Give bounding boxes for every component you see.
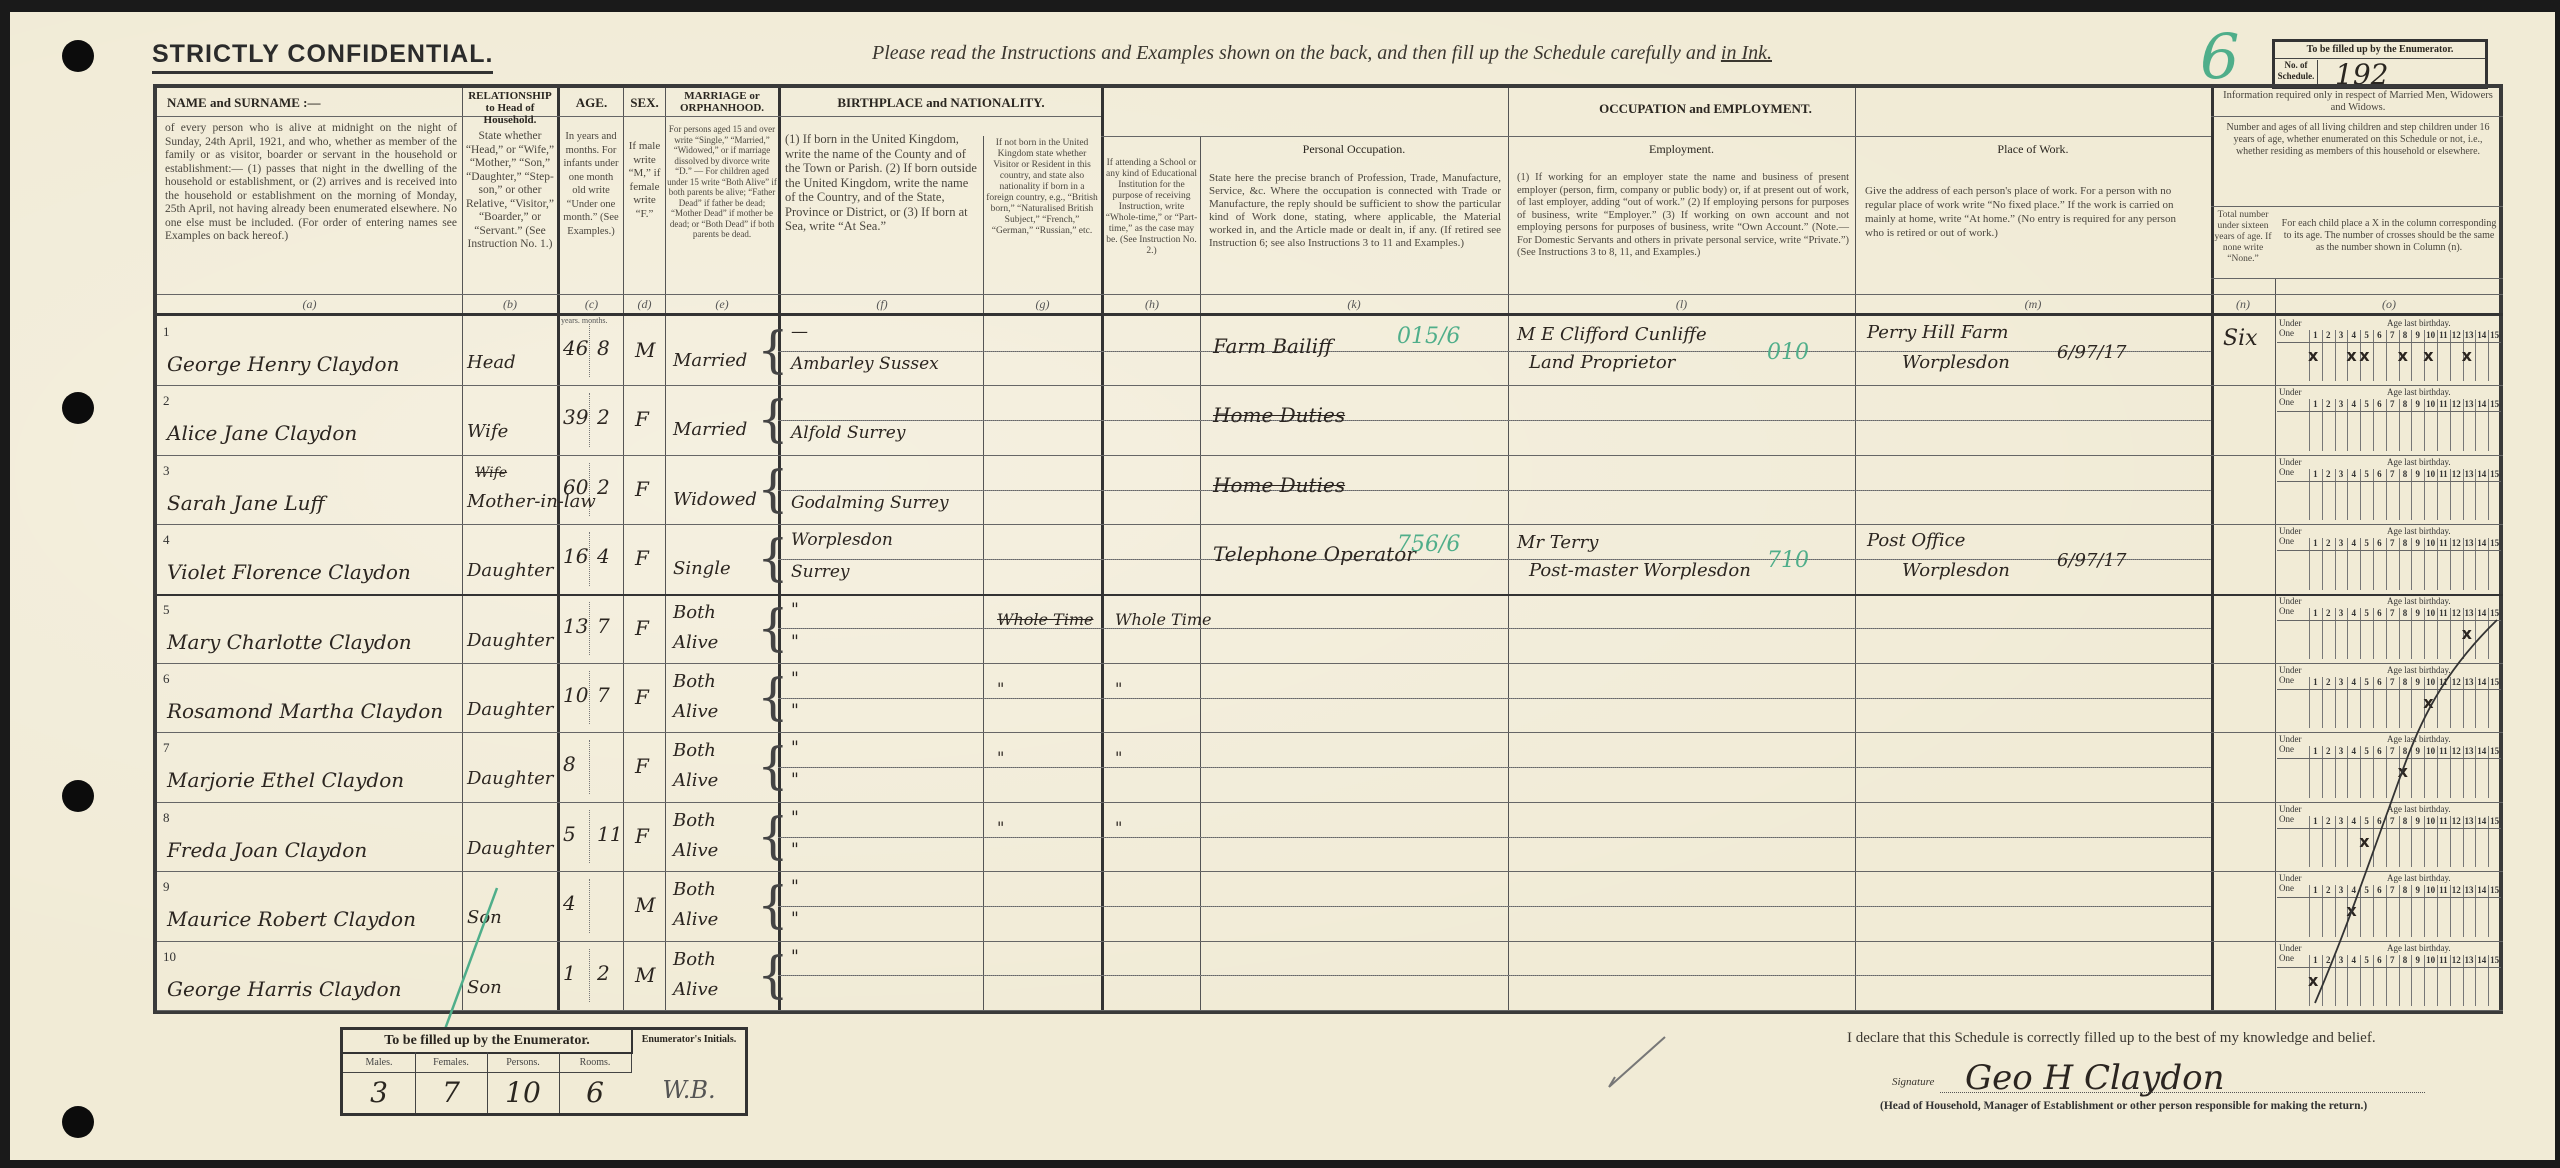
- personal-occupation: Home Duties: [1213, 473, 1345, 497]
- age-cross-mark: x: [2346, 346, 2356, 365]
- age-column-label: 7: [2386, 538, 2399, 548]
- marriage-status: Single: [673, 554, 743, 584]
- nationality: Whole Time: [997, 610, 1093, 629]
- age-column-label: 9: [2411, 330, 2424, 340]
- schedule-box-heading: To be filled up by the Enumerator.: [2275, 42, 2485, 59]
- birthplace-line-1: ": [791, 738, 799, 758]
- col-e-instructions: For persons aged 15 and over write “Sing…: [667, 124, 777, 240]
- col-o-instructions: For each child place a X in the column c…: [2279, 218, 2499, 254]
- birthplace-line-2: Godalming Surrey: [791, 493, 949, 513]
- relationship: Daughter: [467, 838, 553, 859]
- age-column-label: 3: [2335, 330, 2348, 340]
- relationship: Head: [467, 352, 516, 373]
- census-schedule-sheet: STRICTLY CONFIDENTIAL. Please read the I…: [10, 12, 2555, 1160]
- declaration-text: I declare that this Schedule is correctl…: [1847, 1030, 2376, 1047]
- age-cross-mark: x: [2398, 346, 2408, 365]
- col-b-instructions: State whether “Head,” or “Wife,” “Mother…: [465, 130, 555, 252]
- col-f-letter: (f): [781, 297, 983, 312]
- sex: F: [635, 685, 649, 709]
- occupation-code: 015/6: [1397, 324, 1460, 349]
- relationship: Daughter: [467, 699, 553, 720]
- workplace-line-1: Perry Hill Farm: [1867, 322, 2008, 343]
- nationality: ": [997, 748, 1004, 767]
- age-column-label: 10: [2424, 330, 2437, 340]
- marriage-status: Married: [673, 415, 743, 445]
- married-info-heading: Information required only in respect of …: [2215, 90, 2501, 114]
- row-number: 7: [163, 740, 170, 756]
- brace: {: [757, 530, 789, 586]
- age-cross-mark: x: [2423, 346, 2433, 365]
- age-column-label: 6: [2373, 469, 2386, 479]
- sex: F: [635, 824, 649, 848]
- age-grid: Under OneAge last birthday.1234567891011…: [2277, 526, 2501, 591]
- age-column-label: 4: [2347, 469, 2360, 479]
- age-column-label: 5: [2360, 399, 2373, 409]
- sex: F: [635, 477, 649, 501]
- age-months: 8: [597, 336, 610, 360]
- persons-count: 10: [487, 1076, 559, 1109]
- row-number: 3: [163, 463, 170, 479]
- age-years: 1: [563, 961, 576, 985]
- employer-line-1: Mr Terry: [1517, 532, 1598, 553]
- age-grid: Under OneAge last birthday.1234567891011…: [2277, 457, 2501, 522]
- age-column-label: 11: [2437, 469, 2450, 479]
- employer-code: 010: [1767, 340, 1809, 365]
- sex: F: [635, 754, 649, 778]
- age-column-label: 15: [2488, 469, 2501, 479]
- under-one-label: Under One: [2279, 318, 2309, 338]
- punch-hole: [62, 1106, 94, 1138]
- age-column-label: 11: [2437, 399, 2450, 409]
- age-column-label: 15: [2488, 399, 2501, 409]
- row-number: 2: [163, 393, 170, 409]
- relationship: Wife: [467, 421, 508, 442]
- females-label: Females.: [415, 1054, 488, 1073]
- col-k-heading: Personal Occupation.: [1200, 142, 1508, 156]
- relationship: Daughter: [467, 768, 553, 789]
- col-e-heading: MARRIAGE or ORPHANHOOD.: [666, 90, 778, 114]
- marriage-status: Both Alive: [673, 945, 743, 1005]
- age-column-label: 4: [2347, 330, 2360, 340]
- education-status: Whole Time: [1115, 610, 1211, 629]
- person-name: Maurice Robert Claydon: [167, 907, 416, 931]
- age-column-label: 4: [2347, 538, 2360, 548]
- age-last-birthday-label: Age last birthday.: [2387, 457, 2451, 467]
- birthplace-line-1: ": [791, 808, 799, 828]
- age-column-label: 9: [2411, 469, 2424, 479]
- col-m-instructions: Give the address of each person's place …: [1865, 184, 2195, 240]
- age-column-label: 12: [2450, 399, 2463, 409]
- signature: Geo H Claydon: [1965, 1058, 2225, 1098]
- person-name: Sarah Jane Luff: [167, 491, 325, 515]
- employer-line-2: Post-master Worplesdon: [1529, 560, 1751, 581]
- relationship: Daughter: [467, 630, 553, 651]
- diagonal-strike-line: [2277, 608, 2507, 1008]
- col-c-letter: (c): [560, 297, 623, 312]
- birthplace-heading: BIRTHPLACE and NATIONALITY.: [781, 96, 1101, 110]
- person-name: George Henry Claydon: [167, 352, 399, 376]
- row-number: 5: [163, 602, 170, 618]
- age-column-label: 11: [2437, 330, 2450, 340]
- birthplace-line-2: Ambarley Sussex: [791, 354, 939, 374]
- fill-instructions: Please read the Instructions and Example…: [872, 42, 1772, 65]
- age-column-label: 13: [2463, 469, 2476, 479]
- age-column-label: 14: [2475, 399, 2488, 409]
- age-years: 10: [563, 683, 588, 707]
- brace: {: [757, 391, 789, 447]
- marriage-status: Widowed: [673, 485, 743, 515]
- workplace-line-2: Worplesdon: [1902, 352, 2010, 373]
- punch-hole: [62, 40, 94, 72]
- males-count: 3: [343, 1076, 415, 1109]
- census-table: NAME and SURNAME :— of every person who …: [153, 84, 2503, 1014]
- col-g-instructions: If not born in the United Kingdom state …: [985, 138, 1099, 237]
- workplace-code: 6/97/17: [2057, 550, 2126, 571]
- personal-occupation: Home Duties: [1213, 403, 1345, 427]
- age-last-birthday-label: Age last birthday.: [2387, 526, 2451, 536]
- age-last-birthday-label: Age last birthday.: [2387, 318, 2451, 328]
- employer-code: 710: [1767, 548, 1809, 573]
- age-column-label: 1: [2309, 469, 2322, 479]
- schedule-number-box: To be filled up by the Enumerator. No. o…: [2272, 39, 2488, 89]
- age-column-label: 7: [2386, 330, 2399, 340]
- col-l-heading: Employment.: [1508, 142, 1855, 156]
- signature-label: Signature: [1892, 1076, 1934, 1088]
- age-years: 5: [563, 822, 576, 846]
- age-column-label: 3: [2335, 538, 2348, 548]
- col-k-letter: (k): [1200, 297, 1508, 312]
- col-o-letter: (o): [2275, 297, 2503, 312]
- sex: M: [635, 893, 655, 917]
- col-k-instructions: State here the precise branch of Profess…: [1209, 172, 1501, 250]
- age-column-label: 14: [2475, 330, 2488, 340]
- age-grid: Under OneAge last birthday.1234567891011…: [2277, 387, 2501, 452]
- age-years: 13: [563, 614, 588, 638]
- age-column-label: 5: [2360, 330, 2373, 340]
- instruction-emphasis: in Ink.: [1721, 42, 1772, 64]
- age-years: 8: [563, 752, 576, 776]
- age-months: 7: [597, 683, 610, 707]
- age-column-label: 9: [2411, 399, 2424, 409]
- age-subheading: years. months.: [561, 316, 607, 325]
- age-column-label: 1: [2309, 538, 2322, 548]
- rooms-count: 6: [559, 1076, 631, 1109]
- age-column-label: 1: [2309, 330, 2322, 340]
- age-column-label: 12: [2450, 330, 2463, 340]
- age-cross-mark: x: [2359, 346, 2369, 365]
- age-months: 7: [597, 614, 610, 638]
- age-column-label: 12: [2450, 538, 2463, 548]
- age-column-label: 8: [2399, 330, 2412, 340]
- age-column-label: 5: [2360, 469, 2373, 479]
- age-column-label: 9: [2411, 538, 2424, 548]
- marriage-status: Married: [673, 346, 743, 376]
- employer-line-2: Land Proprietor: [1529, 352, 1675, 373]
- age-column-label: 14: [2475, 469, 2488, 479]
- education-status: ": [1115, 748, 1122, 767]
- age-column-label: 15: [2488, 330, 2501, 340]
- row-number: 1: [163, 324, 170, 340]
- enumerator-box-heading: To be filled up by the Enumerator.: [343, 1030, 633, 1054]
- col-m-heading: Place of Work.: [1855, 142, 2211, 156]
- birthplace-line-2: Surrey: [791, 562, 850, 582]
- marriage-status: Both Alive: [673, 875, 743, 935]
- enumerator-initials: W.B.: [639, 1076, 739, 1104]
- age-months: 2: [597, 961, 610, 985]
- col-a-heading: NAME and SURNAME :—: [167, 96, 457, 110]
- marriage-status: Both Alive: [673, 806, 743, 866]
- col-m-letter: (m): [1855, 297, 2211, 312]
- col-f-instructions: (1) If born in the United Kingdom, write…: [785, 132, 979, 234]
- occupation-code: 756/6: [1397, 532, 1460, 557]
- age-last-birthday-label: Age last birthday.: [2387, 387, 2451, 397]
- age-years: 39: [563, 405, 588, 429]
- age-column-label: 10: [2424, 538, 2437, 548]
- workplace-line-2: Worplesdon: [1902, 560, 2010, 581]
- col-b-heading: RELATIONSHIP to Head of Household.: [463, 90, 557, 126]
- age-months: 2: [597, 405, 610, 429]
- relationship-struck: Wife: [475, 465, 507, 481]
- person-name: Violet Florence Claydon: [167, 560, 411, 584]
- row-number: 9: [163, 879, 170, 895]
- col-a-letter: (a): [157, 297, 462, 312]
- nationality: ": [997, 679, 1004, 698]
- brace: {: [757, 738, 789, 794]
- age-years: 4: [563, 891, 576, 915]
- sex: F: [635, 407, 649, 431]
- age-column-label: 8: [2399, 469, 2412, 479]
- age-cross-mark: x: [2308, 346, 2318, 365]
- age-months: 4: [597, 544, 610, 568]
- age-column-label: 13: [2463, 399, 2476, 409]
- personal-occupation: Farm Bailiff: [1213, 334, 1332, 358]
- col-d-letter: (d): [624, 297, 665, 312]
- brace: {: [757, 877, 789, 933]
- col-h-letter: (h): [1104, 297, 1200, 312]
- occupation-heading: OCCUPATION and EMPLOYMENT.: [1200, 102, 2211, 116]
- age-years: 16: [563, 544, 588, 568]
- employer-line-1: M E Clifford Cunliffe: [1517, 324, 1707, 345]
- birthplace-line-1: Worplesdon: [791, 530, 893, 550]
- age-last-birthday-label: Age last birthday.: [2387, 596, 2451, 606]
- age-years: 60: [563, 475, 588, 499]
- brace: {: [757, 947, 789, 1003]
- workplace-line-1: Post Office: [1867, 530, 1965, 551]
- under-one-label: Under One: [2279, 387, 2309, 407]
- females-count: 7: [415, 1076, 487, 1109]
- enumerator-summary-box: To be filled up by the Enumerator. Enume…: [340, 1027, 748, 1116]
- col-a-instructions: of every person who is alive at midnight…: [165, 122, 457, 244]
- persons-label: Persons.: [487, 1054, 560, 1073]
- col-d-instructions: If male write “M,” if female write “F.”: [625, 140, 664, 221]
- col-d-heading: SEX.: [624, 96, 665, 110]
- age-column-label: 2: [2322, 399, 2335, 409]
- under-one-label: Under One: [2279, 457, 2309, 477]
- age-column-label: 4: [2347, 399, 2360, 409]
- col-l-letter: (l): [1508, 297, 1855, 312]
- birthplace-line-2: ": [791, 701, 799, 721]
- rooms-label: Rooms.: [559, 1054, 632, 1073]
- brace: {: [757, 461, 789, 517]
- age-column-label: 10: [2424, 469, 2437, 479]
- age-months: 11: [597, 822, 622, 846]
- col-b-letter: (b): [463, 297, 557, 312]
- schedule-number-label: No. of Schedule.: [2275, 60, 2318, 86]
- age-column-label: 2: [2322, 538, 2335, 548]
- margin-annotation: 6: [2200, 20, 2239, 93]
- education-status: ": [1115, 818, 1122, 837]
- col-h-instructions: If attending a School or any kind of Edu…: [1104, 158, 1199, 257]
- birthplace-line-2: ": [791, 840, 799, 860]
- punch-hole: [62, 780, 94, 812]
- age-column-label: 12: [2450, 469, 2463, 479]
- marriage-status: Both Alive: [673, 667, 743, 727]
- person-name: Rosamond Martha Claydon: [167, 699, 443, 723]
- sex: M: [635, 963, 655, 987]
- children-heading: Number and ages of all living children a…: [2217, 122, 2499, 158]
- checkmark-icon: [1607, 1032, 1667, 1092]
- age-column-label: 8: [2399, 399, 2412, 409]
- education-status: ": [1115, 679, 1122, 698]
- sex: M: [635, 338, 655, 362]
- col-l-instructions: (1) If working for an employer state the…: [1517, 172, 1849, 260]
- birthplace-line-2: ": [791, 770, 799, 790]
- signature-caption: (Head of Household, Manager of Establish…: [1880, 1100, 2367, 1112]
- age-column-label: 6: [2373, 399, 2386, 409]
- birthplace-line-2: ": [791, 909, 799, 929]
- brace: {: [757, 669, 789, 725]
- age-column-label: 13: [2463, 538, 2476, 548]
- males-label: Males.: [343, 1054, 416, 1073]
- children-total: Six: [2223, 326, 2258, 351]
- age-column-label: 3: [2335, 399, 2348, 409]
- personal-occupation: Telephone Operator: [1213, 542, 1416, 566]
- birthplace-line-2: Alfold Surrey: [791, 423, 905, 443]
- age-column-label: 14: [2475, 538, 2488, 548]
- person-name: Marjorie Ethel Claydon: [167, 768, 404, 792]
- age-column-label: 6: [2373, 538, 2386, 548]
- marriage-status: Both Alive: [673, 598, 743, 658]
- brace: {: [757, 808, 789, 864]
- row-number: 10: [163, 949, 176, 965]
- age-column-label: 10: [2424, 399, 2437, 409]
- age-column-label: 13: [2463, 330, 2476, 340]
- instruction-text: Please read the Instructions and Example…: [872, 42, 1721, 64]
- col-n-letter: (n): [2211, 297, 2275, 312]
- age-column-label: 2: [2322, 469, 2335, 479]
- birthplace-line-1: ": [791, 877, 799, 897]
- age-cross-mark: x: [2462, 346, 2472, 365]
- row-number: 4: [163, 532, 170, 548]
- workplace-code: 6/97/17: [2057, 342, 2126, 363]
- age-column-label: 1: [2309, 399, 2322, 409]
- person-name: Mary Charlotte Claydon: [167, 630, 412, 654]
- birthplace-line-1: ": [791, 600, 799, 620]
- col-e-letter: (e): [666, 297, 778, 312]
- col-g-letter: (g): [984, 297, 1101, 312]
- age-column-label: 8: [2399, 538, 2412, 548]
- col-c-instructions: In years and months. For infants under o…: [561, 130, 621, 238]
- age-column-label: 11: [2437, 538, 2450, 548]
- person-name: George Harris Claydon: [167, 977, 402, 1001]
- age-column-label: 15: [2488, 538, 2501, 548]
- birthplace-line-1: —: [791, 322, 808, 342]
- brace: {: [757, 322, 789, 378]
- row-number: 8: [163, 810, 170, 826]
- row-number: 6: [163, 671, 170, 687]
- brace: {: [757, 600, 789, 656]
- age-column-label: 7: [2386, 399, 2399, 409]
- sex: F: [635, 616, 649, 640]
- person-name: Alice Jane Claydon: [167, 421, 357, 445]
- age-column-label: 2: [2322, 330, 2335, 340]
- age-column-label: 6: [2373, 330, 2386, 340]
- age-years: 46: [563, 336, 588, 360]
- col-n-instructions: Total number under sixteen years of age.…: [2212, 210, 2274, 265]
- person-name: Freda Joan Claydon: [167, 838, 367, 862]
- under-one-label: Under One: [2279, 526, 2309, 546]
- page-title: STRICTLY CONFIDENTIAL.: [152, 40, 493, 74]
- age-column-label: 5: [2360, 538, 2373, 548]
- age-column-label: 7: [2386, 469, 2399, 479]
- relationship: Daughter: [467, 560, 553, 581]
- birthplace-line-1: ": [791, 669, 799, 689]
- birthplace-line-2: ": [791, 632, 799, 652]
- age-months: 2: [597, 475, 610, 499]
- nationality: ": [997, 818, 1004, 837]
- marriage-status: Both Alive: [673, 736, 743, 796]
- age-column-label: 3: [2335, 469, 2348, 479]
- birthplace-line-1: ": [791, 947, 799, 967]
- col-c-heading: AGE.: [560, 96, 623, 110]
- sex: F: [635, 546, 649, 570]
- punch-hole: [62, 392, 94, 424]
